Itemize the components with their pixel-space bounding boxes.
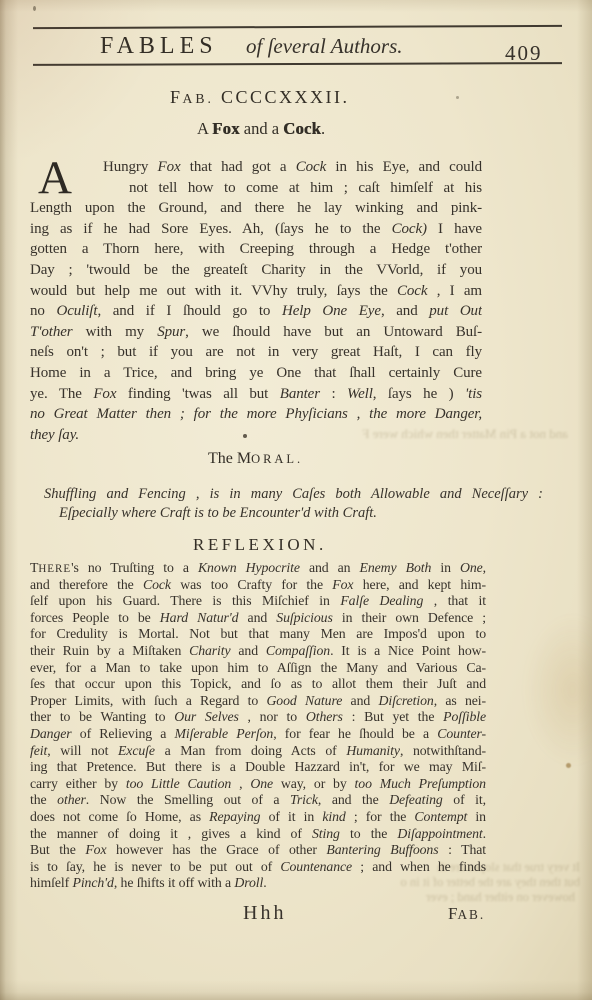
text-line: carry either by too Little Caution , One… [30,776,486,793]
reflexion-text: THERE's no Truſting to a Known Hypocrite… [30,560,486,892]
text-line: Shuffling and Fencing , is in many Caſes… [44,485,543,504]
text-line: neſs on't ; but if you are not in very g… [30,342,482,363]
moral-heading: The MORAL. [208,450,303,468]
text-line: ſes that occur upon this Topick, and ſo … [30,676,486,693]
text-line: gotten a Thorn here, with Creeping throu… [30,239,482,260]
text-line: Eſpecially where Craft is to be Encounte… [44,504,543,523]
reflexion-heading: REFLEXION. [193,535,327,555]
text-line: would but help me out with it. VVhy trul… [30,281,482,302]
header-rule-top [33,25,562,30]
ink-speck [456,96,459,99]
text-line: does not come ſo Home, as Repaying of it… [30,809,486,826]
header-rule-bottom [33,62,562,66]
fable-number-heading: FAB. CCCCXXXII. [170,87,349,108]
signature-mark: Hhh [243,902,286,925]
book-page: FABLES of ſeveral Authors. 409 FAB. CCCC… [0,0,592,1000]
text-line: Danger of Relieving a Miſerable Perſon, … [30,726,486,743]
text-line: for Credulity is Mortal. Not but that ma… [30,626,486,643]
text-line: ye. The Fox finding 'twas all but Banter… [30,384,482,405]
text-line: T'other with my Spur, we ſhould have but… [30,322,482,343]
text-line: Length upon the Ground, and there he lay… [30,198,482,219]
text-line: is to ſay, he is never to be put out of … [30,859,486,876]
running-title-italic: of ſeveral Authors. [246,34,403,59]
text-line: and therefore the Cock was too Crafty fo… [30,577,486,594]
fable-text: Hungry Fox that had got a Cock in his Ey… [30,157,482,445]
text-line: Day ; 'twould be the greateſt Charity in… [30,260,482,281]
show-through-text: however on either hand ; ever [350,890,575,905]
text-line: ther to be Wanting to Our Selves , nor t… [30,709,486,726]
running-title: FABLES [100,33,218,60]
paper-stain [525,615,592,765]
text-line: himſelf Pinch'd, he ſhifts it off with a… [30,875,486,892]
text-line: But the Fox however has the Grace of oth… [30,842,486,859]
fable-title: A Fox and a Cock. [197,119,325,139]
text-line: THERE's no Truſting to a Known Hypocrite… [30,560,486,577]
text-line: ever, for a Man to take upon him to Aſſi… [30,660,486,677]
text-line: no Oculiſt, and if I ſhould go to Help O… [30,301,482,322]
text-line: Hungry Fox that had got a Cock in his Ey… [30,157,482,178]
text-line: not tell how to come at him ; caſt himſe… [30,178,482,199]
ink-speck [33,6,36,11]
text-line: ſelf upon his Guard. There is this Miſch… [30,593,486,610]
text-line: forces People to be Hard Natur'd and Suſ… [30,610,486,627]
text-line: they ſay. [30,425,482,446]
text-line: the other. Now the Smelling out of a Tri… [30,792,486,809]
text-line: Proper Limits, with ſuch a Regard to Goo… [30,693,486,710]
text-line: ing as if he had Sore Eyes. Ah, (ſays he… [30,219,482,240]
text-line: their Ruin by a Miſtaken Charity and Com… [30,643,486,660]
catchword: FAB. [448,904,485,924]
text-line: Home in a Trice, and bring ye One that ſ… [30,363,482,384]
text-line: no Great Matter then ; for the more Phyſ… [30,404,482,425]
text-line: the manner of doing it , gives a kind of… [30,826,486,843]
moral-text: Shuffling and Fencing , is in many Caſes… [44,485,543,522]
ink-speck [566,763,571,768]
text-line: feit, will not Excuſe a Man from doing A… [30,743,486,760]
text-line: ing that Pretence. But there is a Double… [30,759,486,776]
ink-speck [243,434,247,438]
